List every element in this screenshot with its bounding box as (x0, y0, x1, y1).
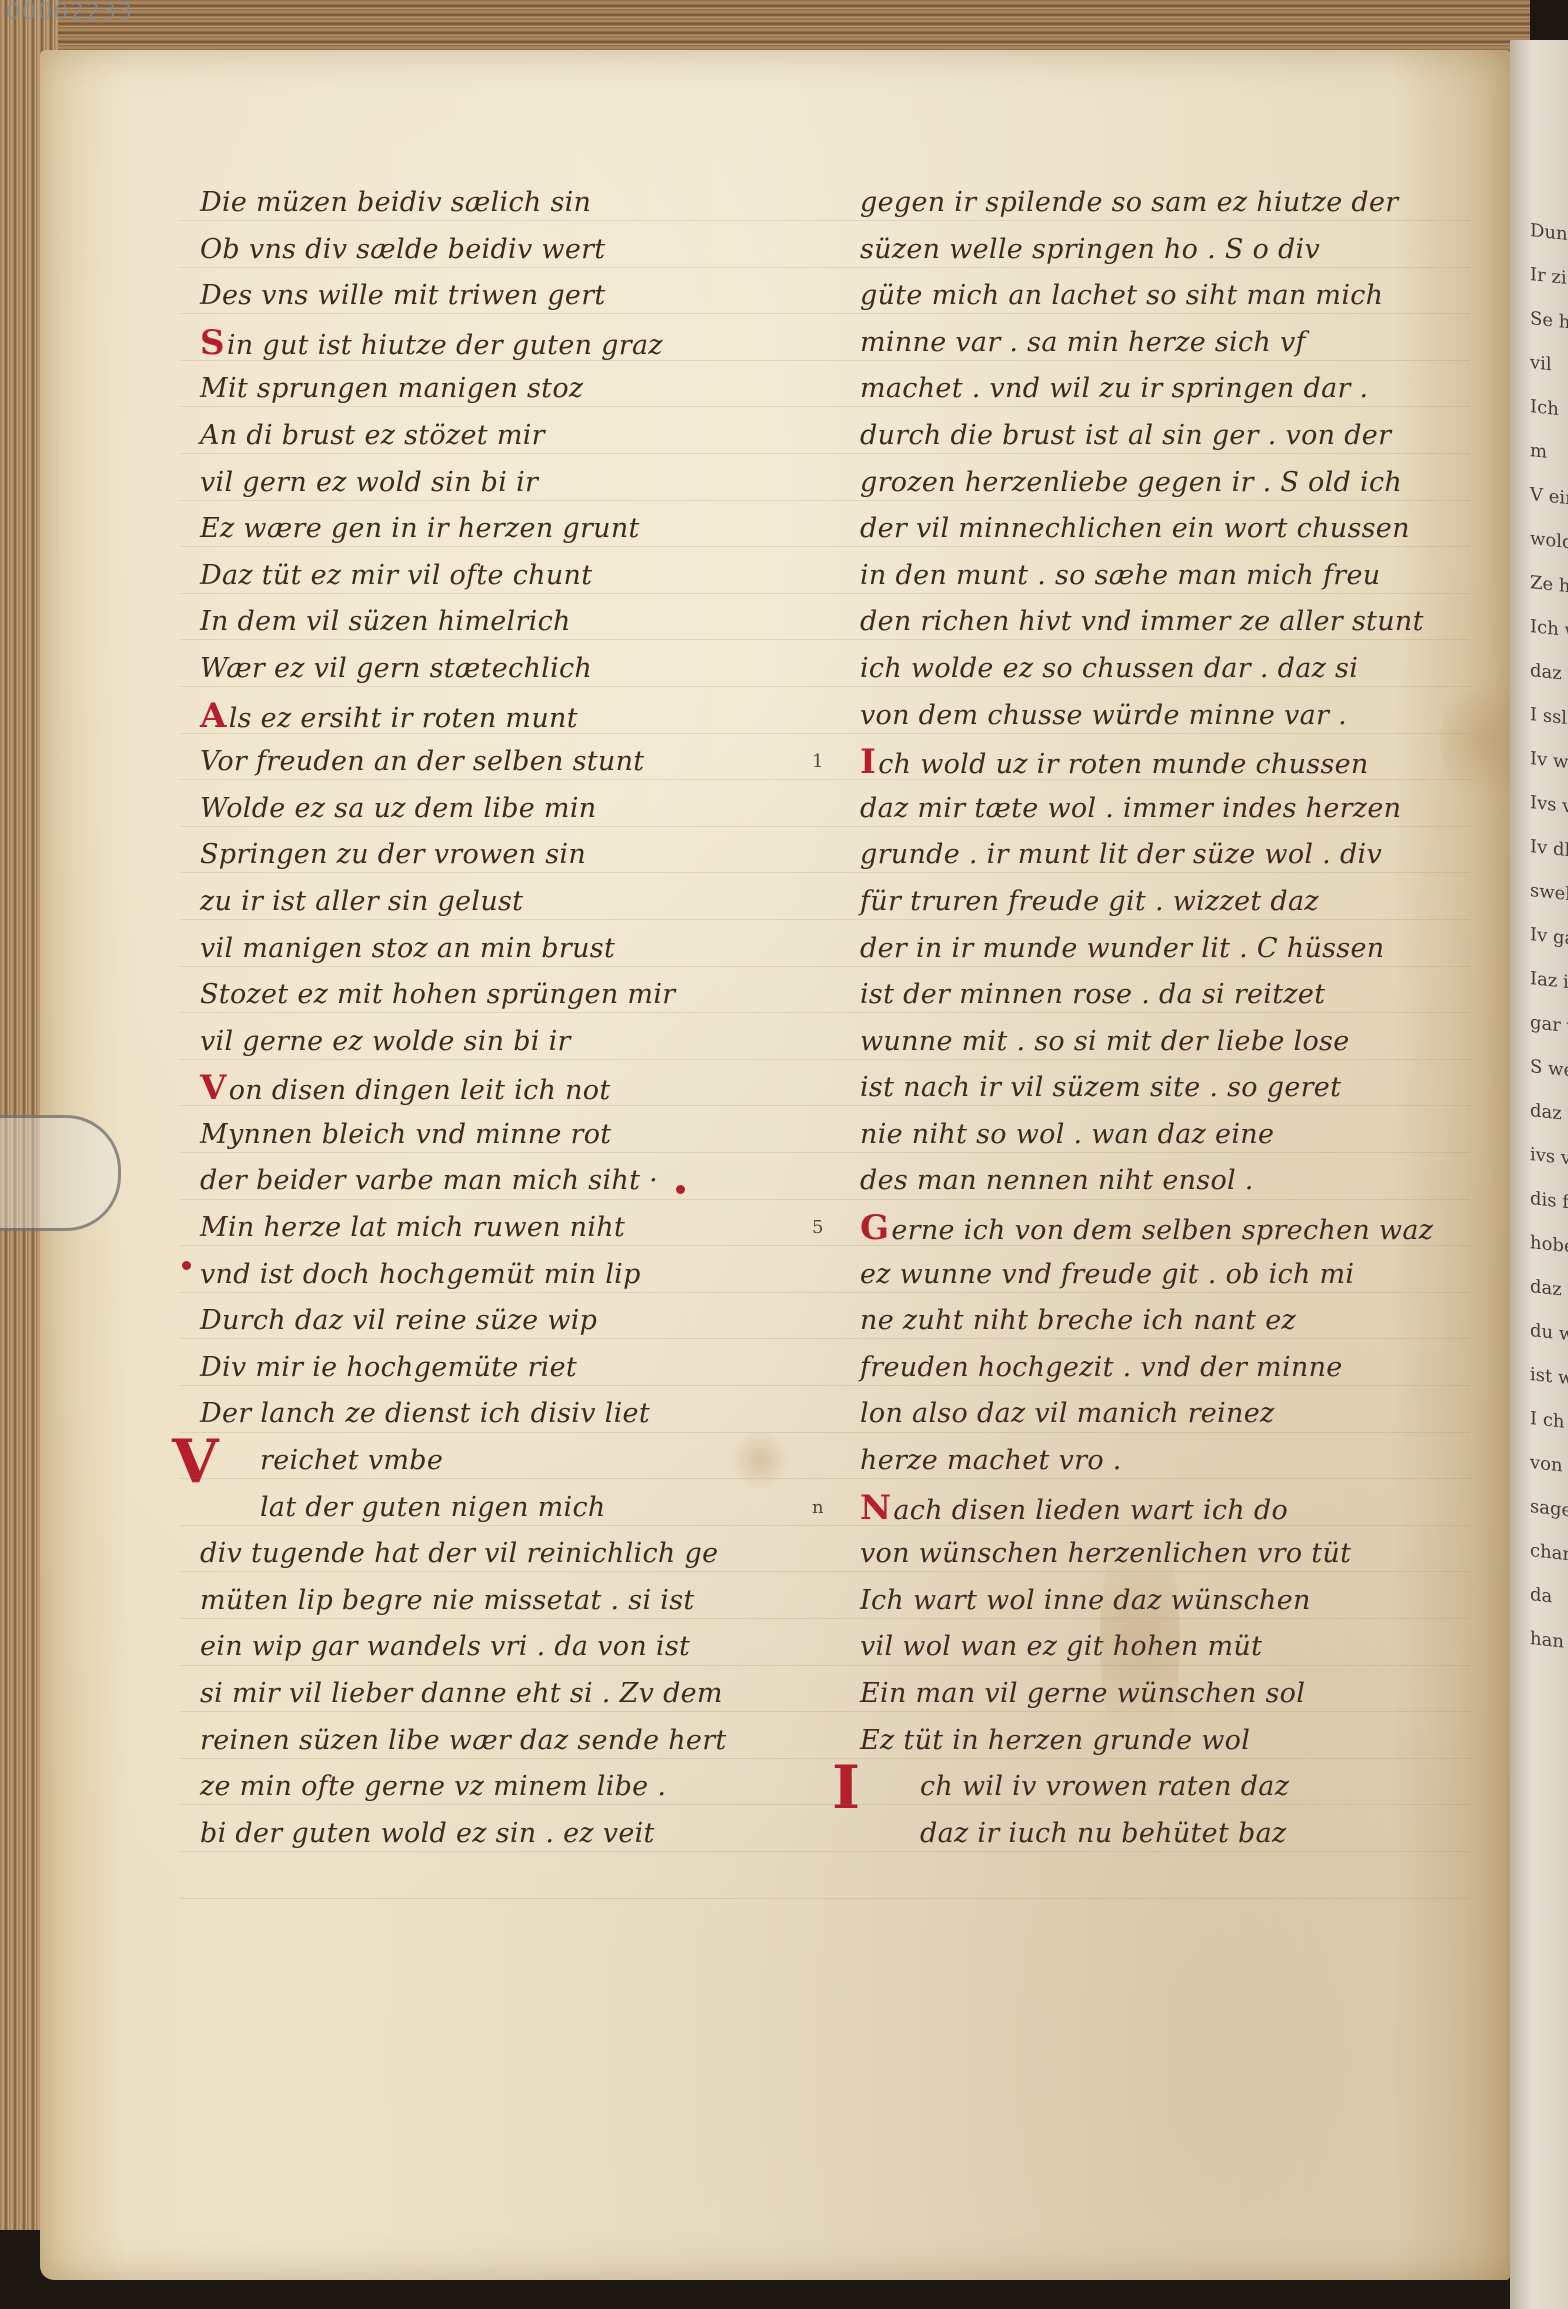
line-text: vil wol wan ez git hohen müt (860, 1631, 1262, 1662)
line-text: der in ir munde wunder lit . C hüssen (860, 933, 1384, 964)
ruling-line (180, 546, 1470, 547)
ruling-line (180, 1012, 1470, 1013)
rubric-initial: A (200, 696, 227, 736)
ruling-line (180, 966, 1470, 967)
line-text: gegen ir spilende so sam ez hiutze der (860, 187, 1398, 218)
ruling-line (180, 1059, 1470, 1060)
ruling-line (180, 1898, 1470, 1899)
rubric-initial: V (200, 1068, 227, 1108)
red-dot-mark (182, 1261, 191, 1270)
rubric-initial: I (832, 1758, 860, 1818)
line-text: ist der minnen rose . da si reitzet (860, 979, 1325, 1010)
ruling-line (180, 919, 1470, 920)
rubric-initial: I (860, 742, 876, 782)
facing-page-line: Iv wi (1510, 735, 1568, 785)
line-text: ein wip gar wandels vri . da von ist (200, 1631, 690, 1662)
facing-page-line: hoben (1510, 1219, 1568, 1269)
ruling-line (180, 1525, 1470, 1526)
ruling-line (180, 779, 1470, 780)
line-text: Ein man vil gerne wünschen sol (860, 1678, 1305, 1709)
ruling-line (180, 1851, 1470, 1852)
line-text: Springen zu der vrowen sin (200, 839, 586, 870)
facing-page-line: wolde (1510, 515, 1568, 565)
line-text: ez wunne vnd freude git . ob ich mi (860, 1259, 1354, 1290)
line-text: süzen welle springen ho . S o div (860, 234, 1320, 265)
facing-page-line: sager (1510, 1483, 1568, 1533)
line-text: grozen herzenliebe gegen ir . S old ich (860, 467, 1402, 498)
page-clip (0, 1115, 121, 1231)
ruling-line (180, 1804, 1470, 1805)
ruling-line (180, 1758, 1470, 1759)
facing-page-line: Iv gaz (1510, 911, 1568, 961)
ruling-line (180, 313, 1470, 314)
line-text: zu ir ist aller sin gelust (200, 886, 523, 917)
facing-page-line: han v (1510, 1615, 1568, 1665)
ruling-line (180, 826, 1470, 827)
line-text: daz ir iuch nu behütet baz (920, 1818, 1287, 1849)
facing-page-line: Se hü (1510, 295, 1568, 345)
right-text-column: gegen ir spilende so sam ez hiutze dersü… (860, 180, 1460, 1857)
line-text: daz mir tæte wol . immer indes herzen (860, 793, 1401, 824)
line-text: erne ich von dem selben sprechen waz (891, 1215, 1433, 1246)
facing-page-line: Ir zi (1510, 251, 1568, 301)
line-text: Ez wære gen in ir herzen grunt (200, 513, 640, 544)
line-text: lat der guten nigen mich (260, 1492, 606, 1523)
ruling-line (180, 1199, 1470, 1200)
ruling-line (180, 220, 1470, 221)
rubric-initial: S (200, 323, 225, 363)
line-text: ch wold uz ir roten munde chussen (878, 749, 1368, 780)
ruling-line (180, 1711, 1470, 1712)
line-text: der vil minnechlichen ein wort chussen (860, 513, 1410, 544)
facing-page-line: Ivs vi (1510, 779, 1568, 829)
line-text: bi der guten wold ez sin . ez veit (200, 1818, 655, 1849)
ruling-line (180, 1385, 1470, 1386)
line-text: si mir vil lieber danne eht si . Zv dem (200, 1678, 723, 1709)
facing-page-line: Dune (1510, 207, 1568, 257)
line-text: vil gerne ez wolde sin bi ir (200, 1026, 571, 1057)
facing-page-line: daz er (1510, 1263, 1568, 1313)
ruling-line (180, 1292, 1470, 1293)
line-text: Div mir ie hochgemüte riet (200, 1352, 577, 1383)
facing-page-edge: DuneIr ziSe hüvilIchmV einwoldeZe hIch w… (1510, 40, 1568, 2309)
ruling-line (180, 1152, 1470, 1153)
line-text: Durch daz vil reine süze wip (200, 1305, 597, 1336)
line-text: ls ez ersiht ir roten munt (229, 703, 578, 734)
ruling-line (180, 733, 1470, 734)
line-text: ich wolde ez so chussen dar . daz si (860, 653, 1358, 684)
facing-page-line: I ch ha (1510, 1395, 1568, 1445)
line-text: machet . vnd wil zu ir springen dar . (860, 373, 1368, 404)
ruling-line (180, 639, 1470, 640)
line-text: für truren freude git . wizzet daz (860, 886, 1319, 917)
facing-page-line: daz si (1510, 1087, 1568, 1137)
facing-page-line: I sslz (1510, 691, 1568, 741)
ruling-line (180, 500, 1470, 501)
ruling-line (180, 453, 1470, 454)
line-text: Mit sprungen manigen stoz (200, 373, 583, 404)
ruling-line (180, 1571, 1470, 1572)
ruling-line (180, 686, 1470, 687)
ruling-line (180, 593, 1470, 594)
ruling-line (180, 1245, 1470, 1246)
ruling-line (180, 1665, 1470, 1666)
line-text: reinen süzen libe wær daz sende hert (200, 1725, 727, 1756)
line-text: ne zuht niht breche ich nant ez (860, 1305, 1296, 1336)
line-text: nie niht so wol . wan daz eine (860, 1119, 1274, 1150)
facing-page-line: V ein (1510, 471, 1568, 521)
rubric-initial: V (172, 1432, 219, 1492)
ruling-line (180, 872, 1470, 873)
facing-page-line: von (1510, 1439, 1568, 1489)
facing-page-line: dis fuln (1510, 1175, 1568, 1225)
line-text: div tugende hat der vil reinichlich ge (200, 1538, 718, 1569)
facing-page-line: da (1510, 1571, 1568, 1621)
facing-page-line: m (1510, 427, 1568, 477)
line-text: Wolde ez sa uz dem libe min (200, 793, 596, 824)
facing-page-line: ist wo (1510, 1351, 1568, 1401)
line-text: Die müzen beidiv sælich sin (200, 187, 591, 218)
ruling-line (180, 1478, 1470, 1479)
line-text: durch die brust ist al sin ger . von der (860, 420, 1391, 451)
line-text: in gut ist hiutze der guten graz (227, 330, 663, 361)
line-text: Der lanch ze dienst ich disiv liet (200, 1398, 650, 1429)
line-text: Min herze lat mich ruwen niht (200, 1212, 625, 1243)
line-text: der beider varbe man mich siht · (200, 1165, 658, 1196)
left-text-column: Die müzen beidiv sælich sinOb vns div sæ… (200, 180, 820, 1857)
line-text: Ob vns div sælde beidiv wert (200, 234, 605, 265)
line-text: ist nach ir vil süzem site . so geret (860, 1072, 1341, 1103)
line-text: herze machet vro . (860, 1445, 1122, 1476)
line-text: den richen hivt vnd immer ze aller stunt (860, 606, 1424, 637)
line-text: grunde . ir munt lit der süze wol . div (860, 839, 1382, 870)
ruling-line (180, 267, 1470, 268)
line-text: müten lip begre nie missetat . si ist (200, 1585, 695, 1616)
line-text: güte mich an lachet so siht man mich (860, 280, 1383, 311)
line-text: Stozet ez mit hohen sprüngen mir (200, 979, 675, 1010)
facing-page-line: du wo (1510, 1307, 1568, 1357)
facing-page-line: Iv dhu (1510, 823, 1568, 873)
ruling-line (180, 1432, 1470, 1433)
facing-page-line: S welch (1510, 1043, 1568, 1093)
line-text: Ich wart wol inne daz wünschen (860, 1585, 1311, 1616)
facing-page-line: daz tu (1510, 647, 1568, 697)
ruling-line (180, 1618, 1470, 1619)
line-text: Des vns wille mit triwen gert (200, 280, 606, 311)
facing-page-line: Ich (1510, 383, 1568, 433)
rubric-initial: G (860, 1208, 889, 1248)
facing-page-line: Ze h (1510, 559, 1568, 609)
line-text: in den munt . so sæhe man mich freu (860, 560, 1380, 591)
ruling-line (180, 1338, 1470, 1339)
scan-label: 00002233 (6, 0, 134, 25)
facing-page-line: Ich w (1510, 603, 1568, 653)
ruling-line (180, 406, 1470, 407)
line-text: von dem chusse würde minne var . (860, 700, 1347, 731)
line-text: des man nennen niht ensol . (860, 1165, 1254, 1196)
line-text: Vor freuden an der selben stunt (200, 746, 644, 777)
line-text: Ez tüt in herzen grunde wol (860, 1725, 1250, 1756)
facing-page-line: ivs vre (1510, 1131, 1568, 1181)
line-text: vil manigen stoz an min brust (200, 933, 615, 964)
line-text: von wünschen herzenlichen vro tüt (860, 1538, 1351, 1569)
ruling-line (180, 1105, 1470, 1106)
ruling-line (180, 360, 1470, 361)
line-text: An di brust ez stözet mir (200, 420, 545, 451)
line-text: In dem vil süzen himelrich (200, 606, 571, 637)
line-text: vil gern ez wold sin bi ir (200, 467, 538, 498)
facing-page-line: Iaz ist (1510, 955, 1568, 1005)
facing-page-line: chan (1510, 1527, 1568, 1577)
line-text: minne var . sa min herze sich vf (860, 327, 1306, 358)
line-text: vnd ist doch hochgemüt min lip (200, 1259, 641, 1290)
facing-page-line: gar vl (1510, 999, 1568, 1049)
line-text: on disen dingen leit ich not (229, 1075, 611, 1106)
line-text: freuden hochgezit . vnd der minne (860, 1352, 1343, 1383)
line-text: lon also daz vil manich reinez (860, 1398, 1275, 1429)
line-text: wunne mit . so si mit der liebe lose (860, 1026, 1349, 1057)
line-text: ach disen lieden wart ich do (893, 1495, 1288, 1526)
rubric-initial: N (860, 1488, 891, 1528)
facing-page-line: vil (1510, 339, 1568, 389)
line-text: Mynnen bleich vnd minne rot (200, 1119, 611, 1150)
facing-page-line: swelch (1510, 867, 1568, 917)
line-text: Daz tüt ez mir vil ofte chunt (200, 560, 592, 591)
line-text: ch wil iv vrowen raten daz (920, 1771, 1289, 1802)
line-text: ze min ofte gerne vz minem libe . (200, 1771, 666, 1802)
line-text: Wær ez vil gern stætechlich (200, 653, 592, 684)
line-text: reichet vmbe (260, 1445, 443, 1476)
